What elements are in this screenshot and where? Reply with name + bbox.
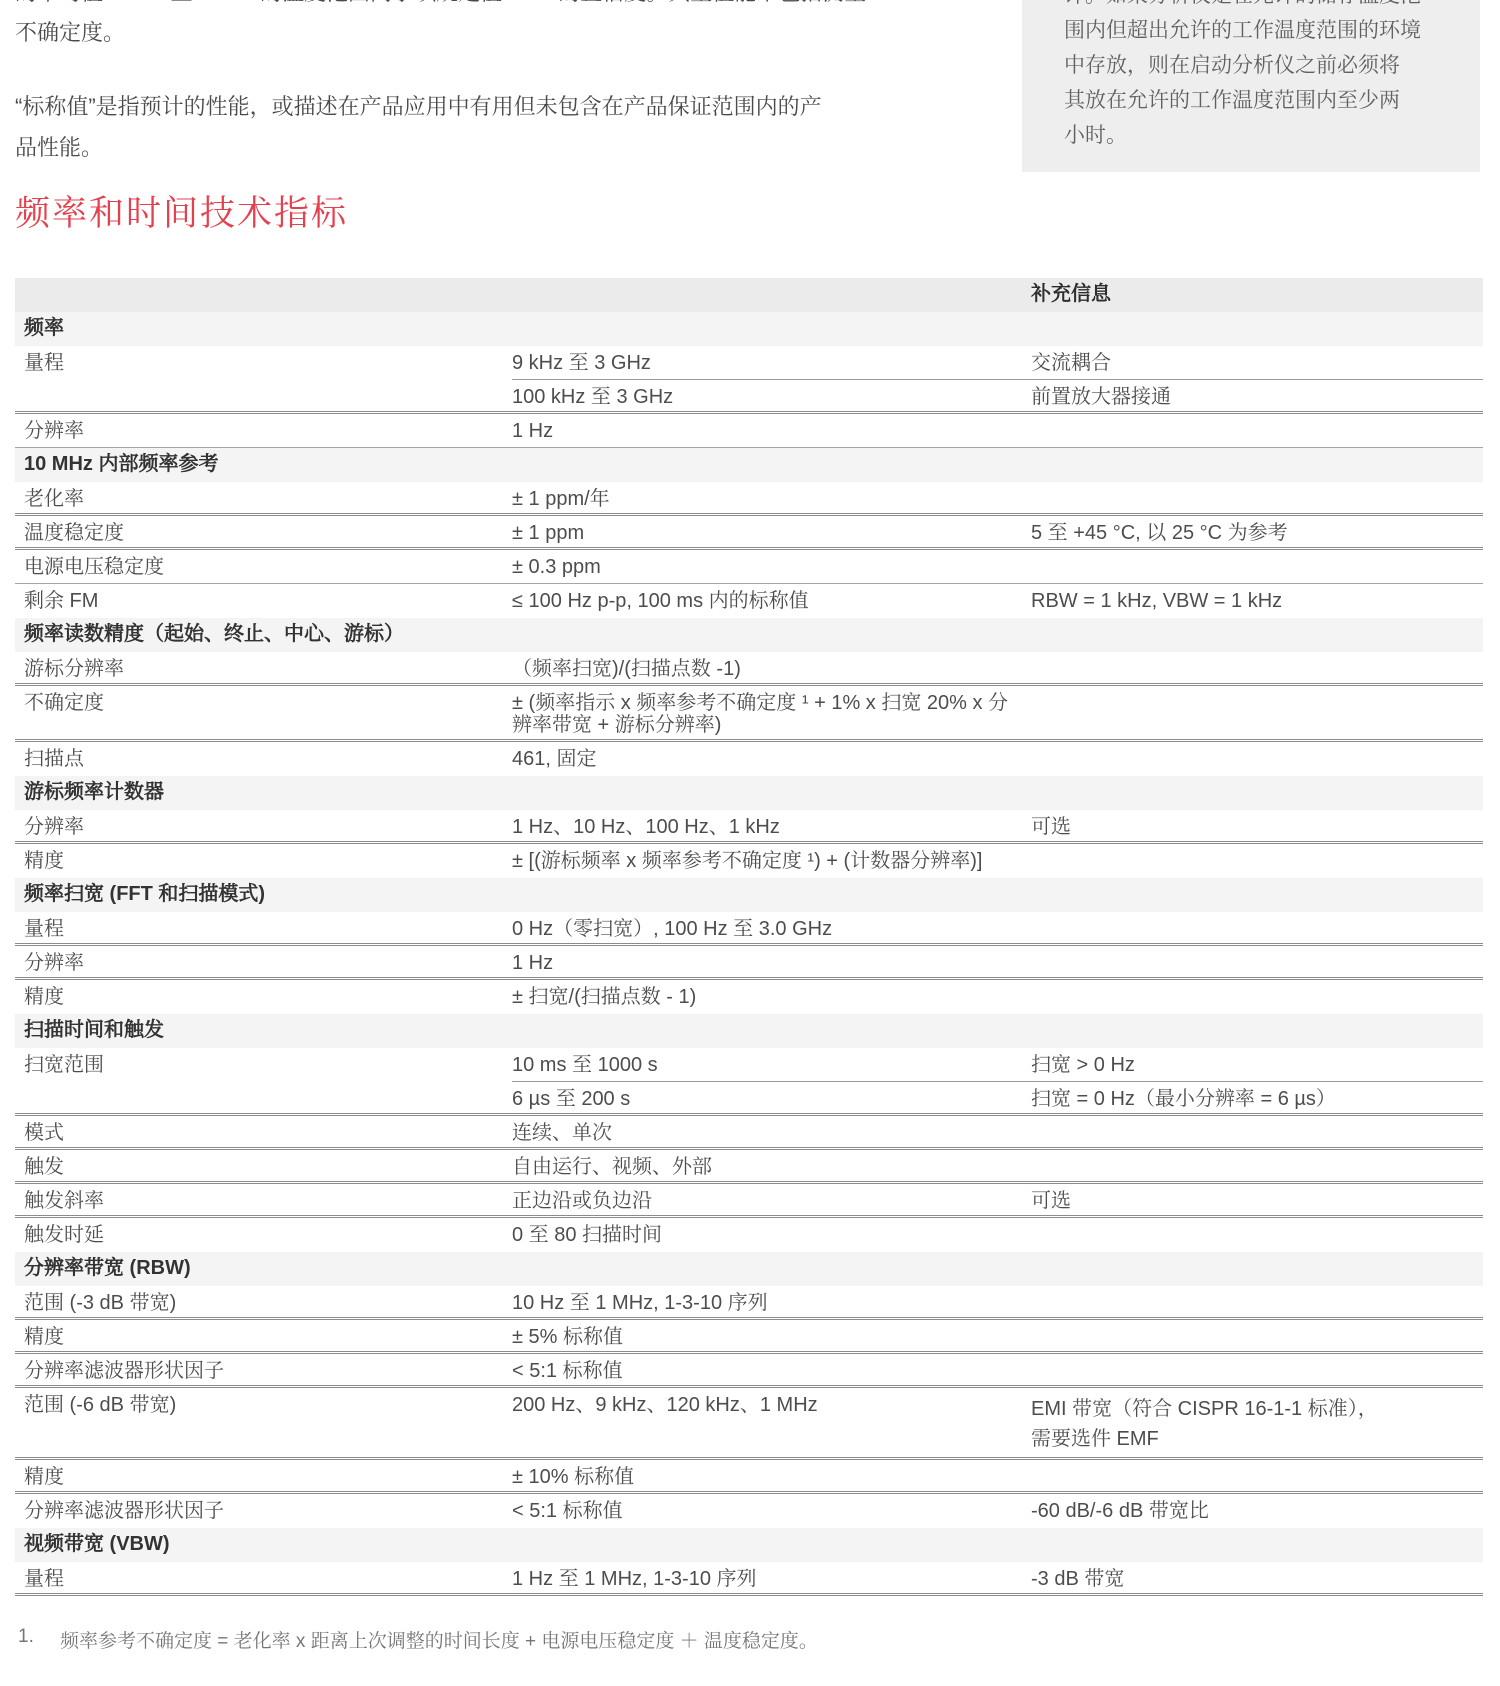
- param-value: ± [(游标频率 x 频率参考不确定度 ¹) + (计数器分辨率)]: [512, 844, 1027, 878]
- table-row: 范围 (-6 dB 带宽)200 Hz、9 kHz、120 kHz、1 MHzE…: [15, 1388, 1483, 1460]
- text-line: 围内但超出允许的工作温度范围的环境: [1064, 13, 1458, 48]
- param-name: 精度: [15, 1460, 512, 1491]
- datasheet-page: { "page": { "intro_clipped_line": "的平均值 …: [0, 0, 1500, 1686]
- section-title: 扫描时间和触发: [15, 1014, 1483, 1048]
- intro-line: 不确定度。: [15, 13, 1015, 53]
- param-note: [1027, 912, 1483, 943]
- param-note: 可选: [1027, 810, 1483, 841]
- param-note: [1027, 482, 1483, 513]
- param-note: EMI 带宽（符合 CISPR 16-1-1 标准）， 需要选件 EMF: [1027, 1388, 1483, 1457]
- param-note: 5 至 +45 °C, 以 25 °C 为参考: [1027, 516, 1483, 547]
- param-note: [1027, 1116, 1483, 1147]
- table-section-row: 频率: [15, 312, 1483, 346]
- section-title: 游标频率计数器: [15, 776, 1483, 810]
- nominal-value-paragraph: “标称值”是指预计的性能，或描述在产品应用中有用但未包含在产品保证范围内的产品性…: [15, 86, 1025, 168]
- table-row: 量程9 kHz 至 3 GHz交流耦合: [15, 346, 1483, 380]
- param-note: [1027, 844, 1483, 878]
- param-name: 分辨率: [15, 946, 512, 977]
- param-note: [1027, 946, 1483, 977]
- param-note: 可选: [1027, 1184, 1483, 1215]
- text-line: “标称值”是指预计的性能，或描述在产品应用中有用但未包含在产品保证范围内的产: [15, 86, 1025, 127]
- param-note: [1027, 414, 1483, 447]
- table-row: 触发时延0 至 80 扫描时间: [15, 1218, 1483, 1252]
- param-note: RBW = 1 kHz, VBW = 1 kHz: [1027, 584, 1483, 618]
- table-row: 扫描点461, 固定: [15, 742, 1483, 776]
- param-note: [1027, 742, 1483, 776]
- table-row: 分辨率滤波器形状因子< 5:1 标称值: [15, 1354, 1483, 1388]
- table-row: 触发自由运行、视频、外部: [15, 1150, 1483, 1184]
- param-value: 正边沿或负边沿: [512, 1184, 1027, 1215]
- param-value: 0 至 80 扫描时间: [512, 1218, 1027, 1252]
- param-name: 量程: [15, 1562, 512, 1593]
- param-note: [1027, 1286, 1483, 1317]
- param-note: -60 dB/-6 dB 带宽比: [1027, 1494, 1483, 1528]
- param-value: ≤ 100 Hz p-p, 100 ms 内的标称值: [512, 584, 1027, 618]
- param-name: 范围 (-6 dB 带宽): [15, 1388, 512, 1457]
- param-note: [1027, 980, 1483, 1014]
- param-value: 1 Hz: [512, 414, 1027, 447]
- param-value: 1 Hz: [512, 946, 1027, 977]
- section-title: 分辨率带宽 (RBW): [15, 1252, 1483, 1286]
- param-note: 前置放大器接通: [1027, 380, 1483, 411]
- table-row: 分辨率1 Hz: [15, 414, 1483, 448]
- param-note: [1027, 1218, 1483, 1252]
- table-row: 游标分辨率（频率扫宽)/(扫描点数 -1): [15, 652, 1483, 686]
- table-row: 精度± [(游标频率 x 频率参考不确定度 ¹) + (计数器分辨率)]: [15, 844, 1483, 878]
- table-row: 量程1 Hz 至 1 MHz, 1-3-10 序列-3 dB 带宽: [15, 1562, 1483, 1596]
- param-name: 剩余 FM: [15, 584, 512, 618]
- footnote-text: 频率参考不确定度 = 老化率 x 距离上次调整的时间长度 + 电源电压稳定度 ＋…: [60, 1626, 818, 1653]
- param-note: [1027, 550, 1483, 583]
- param-name: 触发时延: [15, 1218, 512, 1252]
- intro-paragraph: 的平均值 20 °C 至 30 °C 的温度范围内予以规定值 95% 的置信度。…: [15, 0, 1015, 58]
- table-row: 分辨率1 Hz: [15, 946, 1483, 980]
- table-row: 范围 (-3 dB 带宽)10 Hz 至 1 MHz, 1-3-10 序列: [15, 1286, 1483, 1320]
- param-value: （频率扫宽)/(扫描点数 -1): [512, 652, 1027, 683]
- param-name: 量程: [15, 912, 512, 943]
- table-row: 扫宽范围10 ms 至 1000 s扫宽 > 0 Hz: [15, 1048, 1483, 1082]
- sidebar-note: 许。如果分析仪是在允许的储存温度范围内但超出允许的工作温度范围的环境中存放，则在…: [1022, 0, 1480, 172]
- param-value: 1 Hz、10 Hz、100 Hz、1 kHz: [512, 810, 1027, 841]
- param-name: 触发斜率: [15, 1184, 512, 1215]
- page-title: 频率和时间技术指标: [15, 186, 348, 236]
- param-name: 温度稳定度: [15, 516, 512, 547]
- param-name: 分辨率: [15, 414, 512, 447]
- text-line: 许。如果分析仪是在允许的储存温度范: [1064, 0, 1458, 13]
- intro-clipped-line: 的平均值 20 °C 至 30 °C 的温度范围内予以规定值 95% 的置信度。…: [15, 0, 1015, 13]
- param-name: 不确定度: [15, 686, 512, 739]
- param-note: [1027, 1354, 1483, 1385]
- section-title: 10 MHz 内部频率参考: [15, 448, 1483, 482]
- param-name: 扫宽范围: [15, 1048, 512, 1082]
- param-value: ± (频率指示 x 频率参考不确定度 ¹ + 1% x 扫宽 20% x 分辨率…: [512, 686, 1027, 739]
- table-header-row: 补充信息: [15, 278, 1483, 312]
- param-name: 精度: [15, 1320, 512, 1351]
- section-title: 频率: [15, 312, 1483, 346]
- param-value: 1 Hz 至 1 MHz, 1-3-10 序列: [512, 1562, 1027, 1593]
- param-name: 扫描点: [15, 742, 512, 776]
- table-row: 模式连续、单次: [15, 1116, 1483, 1150]
- param-name: 范围 (-3 dB 带宽): [15, 1286, 512, 1317]
- param-value: 9 kHz 至 3 GHz: [512, 346, 1027, 380]
- param-note: 扫宽 = 0 Hz（最小分辨率 = 6 µs）: [1027, 1082, 1483, 1113]
- footnote-marker: 1.: [18, 1626, 60, 1653]
- param-note: -3 dB 带宽: [1027, 1562, 1483, 1593]
- param-value: ± 扫宽/(扫描点数 - 1): [512, 980, 1027, 1014]
- param-value: < 5:1 标称值: [512, 1354, 1027, 1385]
- param-name: 精度: [15, 980, 512, 1014]
- table-row: 分辨率滤波器形状因子< 5:1 标称值-60 dB/-6 dB 带宽比: [15, 1494, 1483, 1528]
- table-section-row: 视频带宽 (VBW): [15, 1528, 1483, 1562]
- text-line: 其放在允许的工作温度范围内至少两: [1064, 83, 1458, 118]
- param-note: 补充信息: [1027, 278, 1483, 312]
- table-section-row: 10 MHz 内部频率参考: [15, 448, 1483, 482]
- param-value: ± 1 ppm/年: [512, 482, 1027, 513]
- section-title: 频率扫宽 (FFT 和扫描模式): [15, 878, 1483, 912]
- param-value: ± 10% 标称值: [512, 1460, 1027, 1491]
- section-title: 频率读数精度（起始、终止、中心、游标）: [15, 618, 1483, 652]
- table-row: 精度± 10% 标称值: [15, 1460, 1483, 1494]
- table-section-row: 游标频率计数器: [15, 776, 1483, 810]
- spec-table: 补充信息频率量程9 kHz 至 3 GHz交流耦合100 kHz 至 3 GHz…: [15, 278, 1483, 1596]
- param-value: ± 1 ppm: [512, 516, 1027, 547]
- param-note: [1027, 652, 1483, 683]
- param-note: 扫宽 > 0 Hz: [1027, 1048, 1483, 1082]
- param-note: [1027, 1150, 1483, 1181]
- footnote: 1. 频率参考不确定度 = 老化率 x 距离上次调整的时间长度 + 电源电压稳定…: [18, 1626, 818, 1653]
- param-name: 分辨率: [15, 810, 512, 841]
- param-value: < 5:1 标称值: [512, 1494, 1027, 1528]
- table-section-row: 频率扫宽 (FFT 和扫描模式): [15, 878, 1483, 912]
- table-row: 100 kHz 至 3 GHz前置放大器接通: [15, 380, 1483, 414]
- param-value: [512, 278, 1027, 312]
- param-name: 量程: [15, 346, 512, 380]
- param-name: [15, 1082, 512, 1113]
- param-value: 200 Hz、9 kHz、120 kHz、1 MHz: [512, 1388, 1027, 1457]
- param-name: 触发: [15, 1150, 512, 1181]
- text-line: 小时。: [1064, 118, 1458, 153]
- table-row: 电源电压稳定度± 0.3 ppm: [15, 550, 1483, 584]
- param-value: 461, 固定: [512, 742, 1027, 776]
- param-name: 电源电压稳定度: [15, 550, 512, 583]
- table-row: 量程0 Hz（零扫宽）, 100 Hz 至 3.0 GHz: [15, 912, 1483, 946]
- section-title: 视频带宽 (VBW): [15, 1528, 1483, 1562]
- table-row: 老化率± 1 ppm/年: [15, 482, 1483, 516]
- param-value: 自由运行、视频、外部: [512, 1150, 1027, 1181]
- param-value: 10 Hz 至 1 MHz, 1-3-10 序列: [512, 1286, 1027, 1317]
- text-line: 品性能。: [15, 127, 1025, 168]
- table-row: 温度稳定度± 1 ppm5 至 +45 °C, 以 25 °C 为参考: [15, 516, 1483, 550]
- param-name: 模式: [15, 1116, 512, 1147]
- sidebar-note-text: 许。如果分析仪是在允许的储存温度范围内但超出允许的工作温度范围的环境中存放，则在…: [1064, 0, 1458, 153]
- param-note: [1027, 1460, 1483, 1491]
- table-row: 触发斜率正边沿或负边沿可选: [15, 1184, 1483, 1218]
- table-section-row: 扫描时间和触发: [15, 1014, 1483, 1048]
- param-name: 分辨率滤波器形状因子: [15, 1354, 512, 1385]
- table-row: 6 µs 至 200 s扫宽 = 0 Hz（最小分辨率 = 6 µs）: [15, 1082, 1483, 1116]
- param-name: [15, 278, 512, 312]
- text-line: 中存放，则在启动分析仪之前必须将: [1064, 48, 1458, 83]
- table-section-row: 分辨率带宽 (RBW): [15, 1252, 1483, 1286]
- param-name: 老化率: [15, 482, 512, 513]
- param-note: [1027, 686, 1483, 739]
- table-row: 精度± 扫宽/(扫描点数 - 1): [15, 980, 1483, 1014]
- param-name: [15, 380, 512, 411]
- param-name: 精度: [15, 844, 512, 878]
- table-row: 精度± 5% 标称值: [15, 1320, 1483, 1354]
- table-row: 分辨率1 Hz、10 Hz、100 Hz、1 kHz可选: [15, 810, 1483, 844]
- param-value: 100 kHz 至 3 GHz: [512, 380, 1027, 411]
- param-note: [1027, 1320, 1483, 1351]
- param-value: 连续、单次: [512, 1116, 1027, 1147]
- param-value: 0 Hz（零扫宽）, 100 Hz 至 3.0 GHz: [512, 912, 1027, 943]
- param-name: 分辨率滤波器形状因子: [15, 1494, 512, 1528]
- param-value: ± 0.3 ppm: [512, 550, 1027, 583]
- param-note: 交流耦合: [1027, 346, 1483, 380]
- param-value: ± 5% 标称值: [512, 1320, 1027, 1351]
- table-row: 不确定度± (频率指示 x 频率参考不确定度 ¹ + 1% x 扫宽 20% x…: [15, 686, 1483, 742]
- table-section-row: 频率读数精度（起始、终止、中心、游标）: [15, 618, 1483, 652]
- param-value: 10 ms 至 1000 s: [512, 1048, 1027, 1082]
- param-value: 6 µs 至 200 s: [512, 1082, 1027, 1113]
- table-row: 剩余 FM≤ 100 Hz p-p, 100 ms 内的标称值RBW = 1 k…: [15, 584, 1483, 618]
- param-name: 游标分辨率: [15, 652, 512, 683]
